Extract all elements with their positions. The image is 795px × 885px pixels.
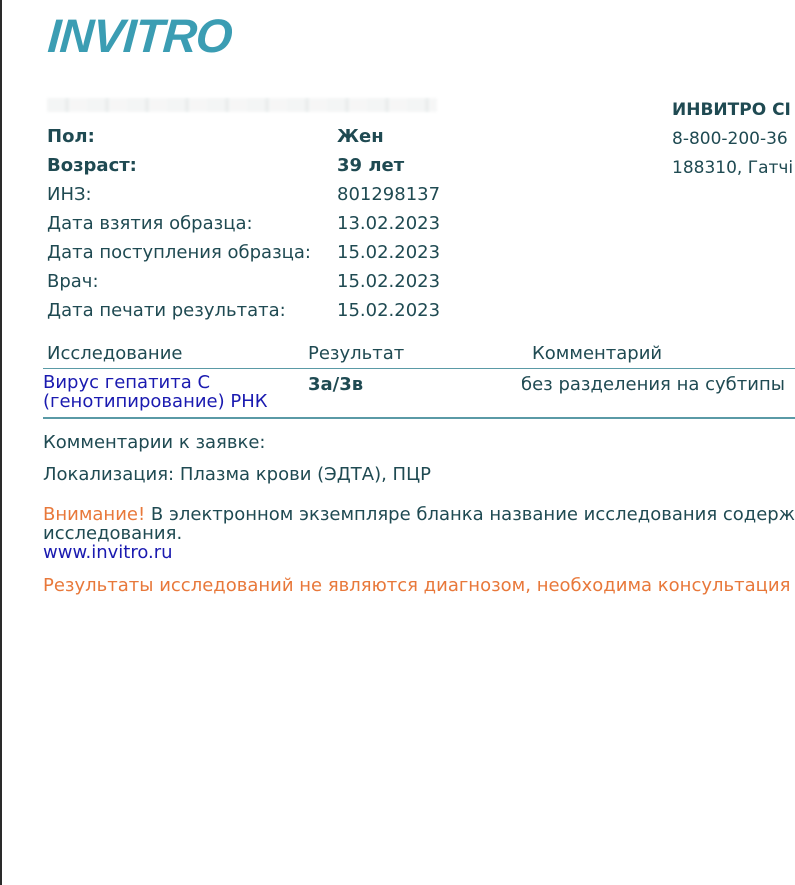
info-label: Пол:	[47, 122, 337, 151]
info-row-sex: Пол: Жен	[47, 122, 440, 151]
info-row-received-date: Дата поступления образца: 15.02.2023	[47, 238, 440, 267]
order-comment: Комментарии к заявке:	[43, 432, 266, 453]
info-value: 801298137	[337, 180, 440, 209]
table-header: Исследование Результат Комментарий	[43, 340, 795, 369]
info-label: Дата поступления образца:	[47, 238, 337, 267]
study-name-link[interactable]: Вирус гепатита С (генотипирование) РНК	[43, 373, 293, 411]
info-row-inz: ИНЗ: 801298137	[47, 180, 440, 209]
notice-text: В электронном экземпляре бланка название…	[145, 504, 795, 525]
results-table: Исследование Результат Комментарий Вирус…	[43, 340, 795, 419]
table-row: Вирус гепатита С (генотипирование) РНК 3…	[43, 369, 795, 419]
info-value: 13.02.2023	[337, 209, 440, 238]
info-value: 15.02.2023	[337, 296, 440, 325]
info-row-doctor: Врач: 15.02.2023	[47, 267, 440, 296]
patient-info: Пол: Жен Возраст: 39 лет ИНЗ: 801298137 …	[47, 122, 440, 325]
info-label: Врач:	[47, 267, 337, 296]
info-row-print-date: Дата печати результата: 15.02.2023	[47, 296, 440, 325]
header-comment: Комментарий	[532, 343, 662, 364]
info-label: Дата взятия образца:	[47, 209, 337, 238]
localization: Локализация: Плазма крови (ЭДТА), ПЦР	[43, 464, 431, 485]
info-value: 39 лет	[337, 151, 404, 180]
study-name-line1: Вирус гепатита С	[43, 373, 293, 392]
info-value: 15.02.2023	[337, 267, 440, 296]
lab-address: 188310, Гатчі	[672, 154, 793, 183]
lab-info: ИНВИТРО СІ 8-800-200-36 188310, Гатчі	[672, 96, 793, 183]
result-value: 3a/3в	[308, 373, 363, 397]
website-link[interactable]: www.invitro.ru	[43, 543, 795, 562]
info-label: Возраст:	[47, 151, 337, 180]
lab-name: ИНВИТРО СІ	[672, 96, 793, 125]
notice-text-line2: исследования.	[43, 524, 795, 543]
info-label: ИНЗ:	[47, 180, 337, 209]
disclaimer: Результаты исследований не являются диаг…	[43, 575, 795, 596]
warning-label: Внимание!	[43, 504, 145, 525]
header-result: Результат	[308, 343, 404, 364]
lab-phone: 8-800-200-36	[672, 125, 793, 154]
info-row-sample-date: Дата взятия образца: 13.02.2023	[47, 209, 440, 238]
result-comment: без разделения на субтипы	[521, 373, 785, 397]
info-value: 15.02.2023	[337, 238, 440, 267]
header-study: Исследование	[47, 343, 182, 364]
notice: Внимание! В электронном экземпляре бланк…	[43, 505, 795, 562]
study-name-line2: (генотипирование) РНК	[43, 392, 293, 411]
info-row-age: Возраст: 39 лет	[47, 151, 440, 180]
info-label: Дата печати результата:	[47, 296, 337, 325]
invitro-logo: INVITRO	[46, 12, 233, 59]
redacted-patient-name	[47, 98, 437, 112]
info-value: Жен	[337, 122, 384, 151]
notice-line: Внимание! В электронном экземпляре бланк…	[43, 505, 795, 524]
